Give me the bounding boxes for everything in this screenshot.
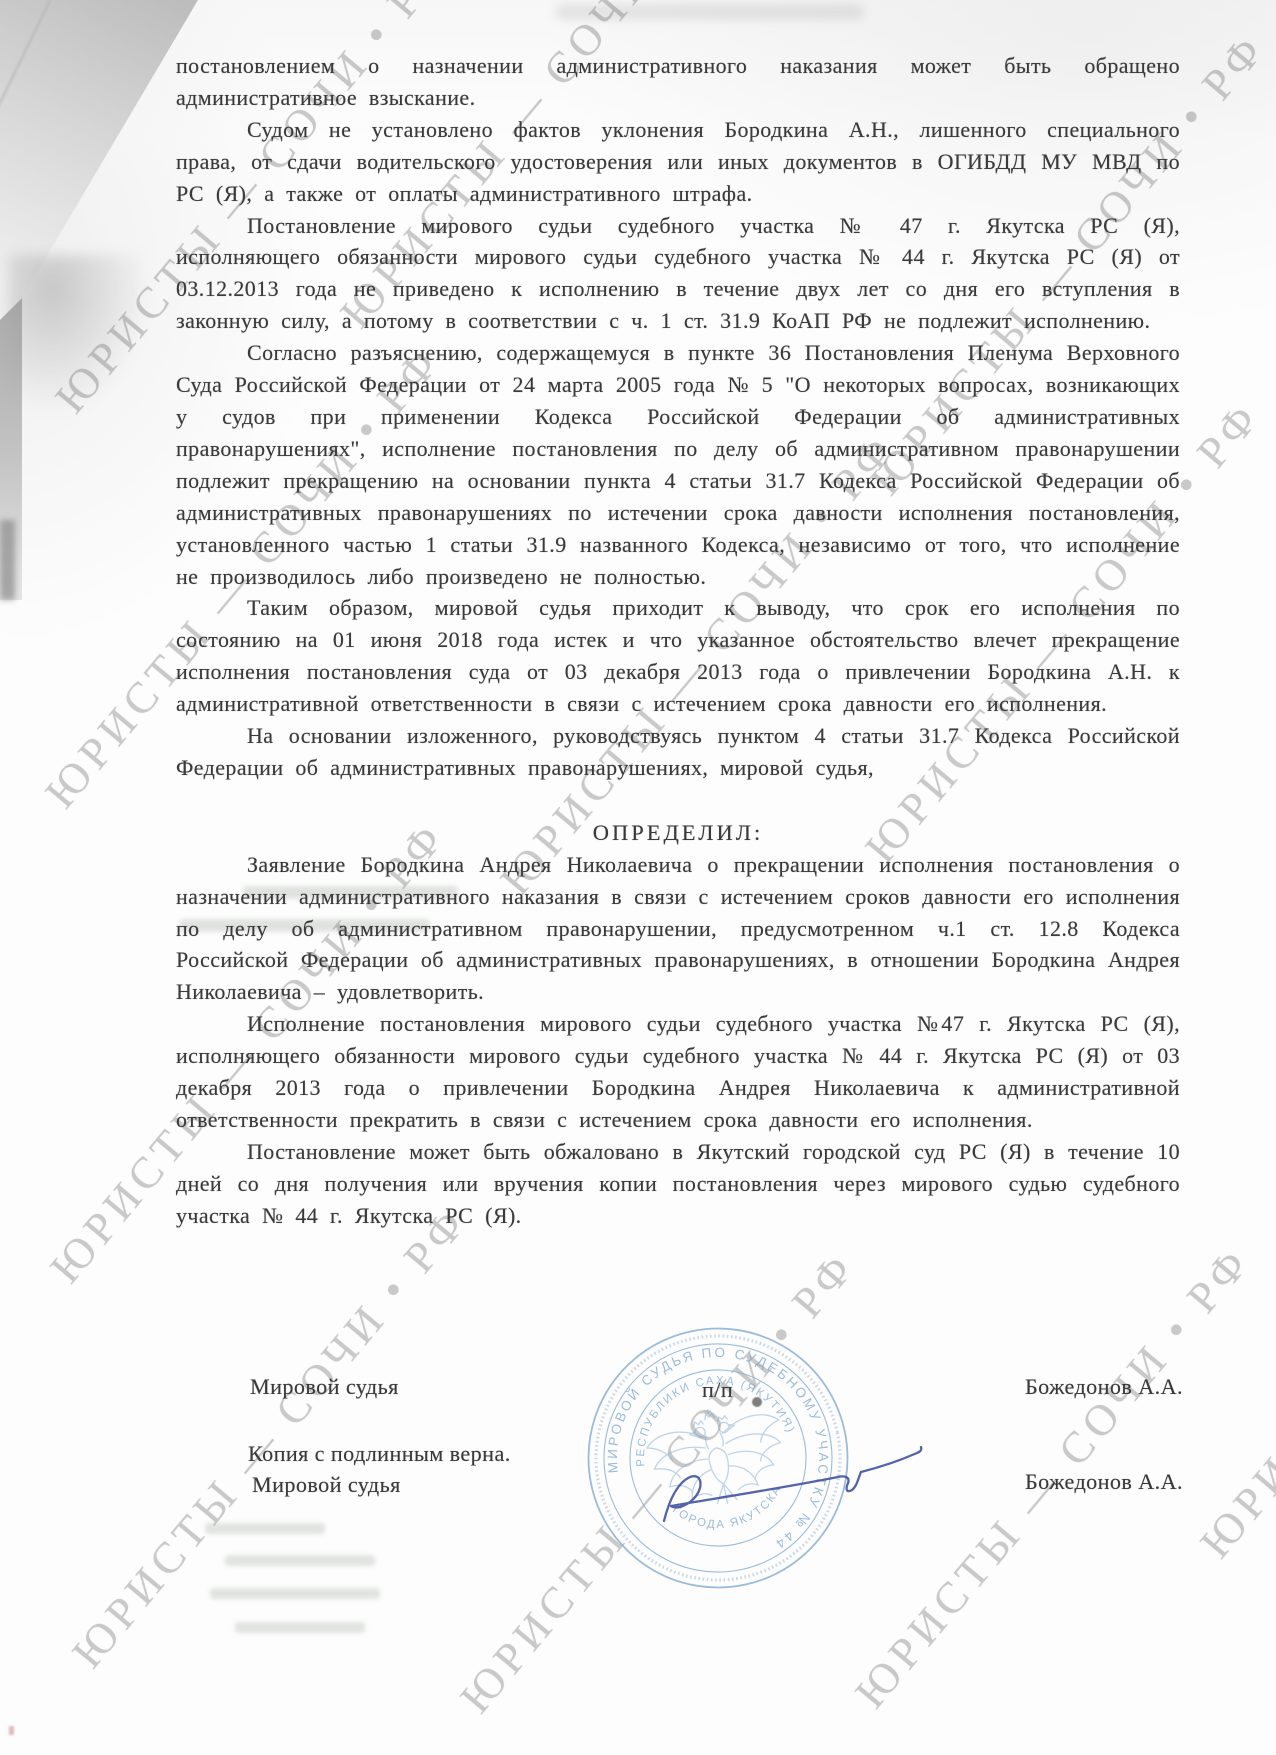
judge-title-label: Мировой судья [250,1374,399,1400]
paragraph: Постановление мирового судьи судебного у… [176,210,1180,338]
ink-fleck [9,1726,14,1735]
paragraph: Заявление Бородкина Андрея Николаевича о… [176,849,1180,1009]
paragraph: Судом не установлено фактов уклонения Бо… [176,114,1180,210]
paragraph: Постановление может быть обжаловано в Як… [176,1136,1180,1232]
resolution-heading: ОПРЕДЕЛИЛ: [176,817,1180,849]
bleedthrough-text-ghost [225,1555,375,1566]
scanned-court-ruling-page: ЮРИСТЫ — СОЧИ • РФЮРИСТЫ — СОЧИ • РФЮРИС… [0,0,1276,1755]
copy-certification-label: Копия с подлинным верна. [248,1441,511,1467]
bleedthrough-text-ghost [210,1588,380,1599]
judge-title-label-2: Мировой судья [252,1472,401,1498]
paragraph: На основании изложенного, руководствуясь… [176,720,1180,784]
operative-section: Заявление Бородкина Андрея Николаевича о… [176,849,1180,1232]
scanner-edge-mark [0,520,15,600]
paragraph: постановлением о назначении администрати… [176,50,1180,114]
document-body: постановлением о назначении администрати… [176,50,1180,1232]
handwritten-signature [550,1400,970,1550]
paragraph: Таким образом, мировой судья приходит к … [176,592,1180,720]
paragraph: Исполнение постановления мирового судьи … [176,1008,1180,1136]
judge-name-2: Божедонов А.А. [983,1469,1183,1495]
paragraph: Согласно разъяснению, содержащемуся в пу… [176,337,1180,592]
findings-section: постановлением о назначении администрати… [176,50,1180,784]
bleedthrough-text-ghost [235,1622,365,1633]
diagonal-watermark-text: ЮРИСТЫ — СОЧИ • РФ [62,1196,478,1678]
judge-name: Божедонов А.А. [983,1374,1183,1400]
